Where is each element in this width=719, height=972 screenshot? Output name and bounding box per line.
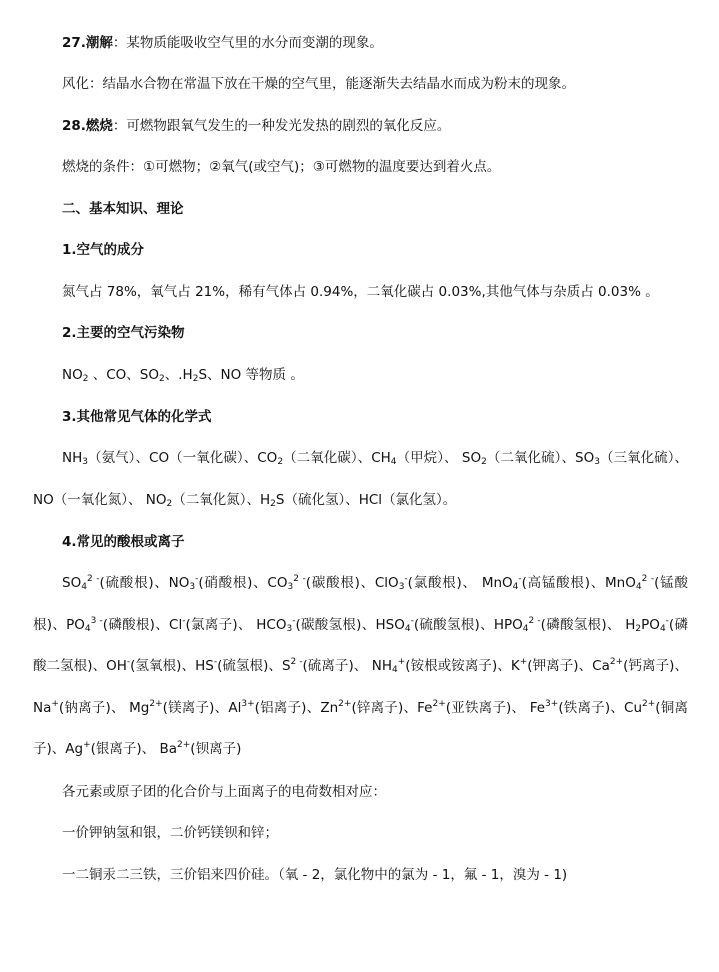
charge-superscript: 2 - — [87, 574, 100, 584]
formula: PO — [641, 617, 660, 633]
charge-superscript: 2+ — [177, 740, 190, 750]
ion-name: (镁离子)、 — [163, 700, 229, 716]
ion-entry: K+(钾离子)、 — [511, 658, 592, 674]
ion-name: (硫酸根)、 — [100, 575, 169, 591]
formula: CO — [267, 575, 287, 591]
formula: Ca — [592, 658, 610, 674]
charge-superscript: 2+ — [433, 699, 446, 709]
formula: MnO — [605, 575, 636, 591]
charge-superscript: 2+ — [149, 699, 162, 709]
formula: ClO — [375, 575, 399, 591]
ion-entry: PO43 -(磷酸根)、 — [66, 617, 169, 633]
formula: SO — [62, 575, 81, 591]
ion-name: (氯离子)、 — [185, 617, 256, 633]
definition-27: 27.潮解：某物质能吸收空气里的水分而变潮的现象。 — [62, 33, 383, 53]
gas-name: （硫化氢）、 — [284, 492, 358, 508]
ion-entry: Na+(钠离子)、 — [33, 700, 129, 716]
gas-entry: SO2（二氧化硫）、 — [462, 450, 575, 466]
ion-name: (碳酸根)、 — [306, 575, 375, 591]
formula: MnO — [482, 575, 513, 591]
ion-name: (高锰酸根)、 — [522, 575, 605, 591]
formula: CO — [257, 450, 277, 466]
ion-name: (磷酸根)、 — [103, 617, 169, 633]
charge-superscript: 2 - — [293, 574, 306, 584]
ion-name: (铵根或铵离子)、 — [405, 658, 511, 674]
ion-entry: HS-(硫氢根)、 — [195, 658, 282, 674]
formula: Al — [228, 700, 241, 716]
ion-name: (氢氧根)、 — [130, 658, 195, 674]
formula: OH — [106, 658, 127, 674]
common-gases-paragraph: NH3（氨气）、CO（一氧化碳）、CO2（二氧化碳）、CH4（甲烷）、 SO2（… — [33, 438, 688, 521]
formula: Mg — [129, 700, 149, 716]
gas-entry: HCl（氯化氢）。 — [359, 492, 457, 508]
section-heading-4: 4.常见的酸根或离子 — [62, 532, 185, 552]
formula: Ba — [159, 741, 177, 757]
ion-entry: HPO42 -(磷酸氢根)、 — [494, 617, 625, 633]
ion-entry: Ag+(银离子)、 — [65, 741, 159, 757]
charge-superscript: + — [83, 740, 91, 750]
ion-name: (铁离子)、 — [558, 700, 624, 716]
charge-superscript: 3+ — [545, 699, 558, 709]
section-heading-2: 2.主要的空气污染物 — [62, 323, 185, 343]
ion-entry: HCO3-(碳酸氢根)、 — [256, 617, 375, 633]
ion-name: (氯酸根)、 — [408, 575, 482, 591]
gas-name: （氯化氢）。 — [382, 492, 456, 508]
gas-entry: CO2（二氧化碳）、 — [257, 450, 371, 466]
gas-name: （氨气）、 — [88, 450, 149, 466]
formula: HCO — [256, 617, 286, 633]
air-composition-text: 氮气占 78%，氧气占 21%，稀有气体占 0.94%，二氧化碳占 0.03%,… — [62, 282, 659, 302]
gas-entry: SO3（三氧化硫）、 — [575, 450, 688, 466]
ion-entry: Ba2+(钡离子) — [159, 741, 241, 757]
charge-superscript: 3 - — [91, 616, 103, 626]
charge-superscript: 2 - — [291, 657, 303, 667]
ion-name: (银离子)、 — [91, 741, 160, 757]
ion-name: (钾离子)、 — [527, 658, 592, 674]
formula: Fe — [530, 700, 545, 716]
formula: NH — [62, 450, 82, 466]
ion-name: (亚铁离子)、 — [446, 700, 530, 716]
charge-superscript: 2+ — [642, 699, 655, 709]
ion-entry: MnO4-(高锰酸根)、 — [482, 575, 605, 591]
ion-name: (硫氢根)、 — [217, 658, 282, 674]
term-deliquescence: 27.潮解 — [62, 35, 113, 51]
ion-entry: CO32 -(碳酸根)、 — [267, 575, 374, 591]
valence-intro: 各元素或原子团的化合价与上面离子的电荷数相对应： — [62, 782, 386, 802]
ion-entry: S2 -(硫离子)、 — [282, 658, 372, 674]
valence-rhyme-1: 一价钾钠氢和银，二价钙镁钡和锌； — [62, 823, 278, 843]
formula: NO — [169, 575, 190, 591]
ion-entry: SO42 -(硫酸根)、 — [62, 575, 169, 591]
formula: HSO — [376, 617, 405, 633]
ion-name: (硝酸根)、 — [198, 575, 267, 591]
ion-entry: Zn2+(锌离子)、 — [320, 700, 417, 716]
gas-name: （二氧化氮）、 — [172, 492, 260, 508]
ion-entry: Ca2+(钙离子)、 — [592, 658, 688, 674]
ion-entry: HSO4-(硫酸氢根)、 — [376, 617, 494, 633]
ion-entry: Fe2+(亚铁离子)、 — [417, 700, 530, 716]
gas-name: （三氧化硫）、 — [600, 450, 688, 466]
gas-entry: NO2（二氧化氮）、 — [146, 492, 260, 508]
formula: Ag — [65, 741, 83, 757]
formula: HPO — [494, 617, 523, 633]
ion-name: (硫酸氢根)、 — [414, 617, 494, 633]
ion-entry: Fe3+(铁离子)、 — [530, 700, 624, 716]
charge-superscript: + — [51, 699, 59, 709]
common-ions-paragraph: SO42 -(硫酸根)、NO3-(硝酸根)、CO32 -(碳酸根)、ClO3-(… — [33, 563, 688, 771]
formula: Na — [33, 700, 51, 716]
gas-entry: CO（一氧化碳）、 — [149, 450, 257, 466]
formula: Fe — [417, 700, 432, 716]
ion-name: (钙离子)、 — [623, 658, 688, 674]
formula: PO — [66, 617, 85, 633]
gas-name: （一氧化氮）、 — [54, 492, 146, 508]
formula: HS — [195, 658, 214, 674]
definition-weathering: 风化：结晶水合物在常温下放在干燥的空气里，能逐渐失去结晶水而成为粉末的现象。 — [62, 74, 575, 94]
charge-superscript: 2 - — [642, 574, 655, 584]
ion-name: (锌离子)、 — [351, 700, 417, 716]
formula: CO — [149, 450, 169, 466]
formula: Cu — [624, 700, 642, 716]
ion-entry: NO3-(硝酸根)、 — [169, 575, 268, 591]
formula-part: S、NO 等物质 。 — [198, 367, 303, 383]
formula: CH — [371, 450, 391, 466]
formula: Cl — [169, 617, 182, 633]
formula: SO — [575, 450, 594, 466]
section-heading-1: 1.空气的成分 — [62, 240, 144, 260]
ion-name: (钡离子) — [190, 741, 241, 757]
gas-name: （二氧化碳）、 — [283, 450, 371, 466]
charge-superscript: 3+ — [241, 699, 254, 709]
gas-entry: H2S（硫化氢）、 — [260, 492, 359, 508]
definition-text: ：某物质能吸收空气里的水分而变潮的现象。 — [113, 35, 383, 51]
ion-name: (磷酸氢根)、 — [541, 617, 626, 633]
gas-name: （甲烷）、 — [397, 450, 462, 466]
formula-part: NO — [62, 367, 83, 383]
ion-name: (碳酸氢根)、 — [295, 617, 375, 633]
valence-rhyme-2: 一二铜汞二三铁，三价铝来四价硅。（氧 - 2，氯化物中的氯为 - 1，氟 - 1… — [62, 865, 567, 885]
document-page: 27.潮解：某物质能吸收空气里的水分而变潮的现象。 风化：结晶水合物在常温下放在… — [0, 0, 719, 972]
formula: K — [511, 658, 520, 674]
charge-superscript: 2+ — [338, 699, 351, 709]
ion-name: (铝离子)、 — [255, 700, 321, 716]
ion-entry: Mg2+(镁离子)、 — [129, 700, 228, 716]
charge-superscript: 2+ — [610, 657, 623, 667]
ion-name: (硫离子)、 — [302, 658, 371, 674]
term-combustion: 28.燃烧 — [62, 118, 113, 134]
formula: NO — [33, 492, 54, 508]
formula: H — [625, 617, 635, 633]
formula: NH — [372, 658, 392, 674]
air-pollutants-text: NO2 、CO、SO2、.H2S、NO 等物质 。 — [62, 365, 304, 385]
combustion-conditions: 燃烧的条件：①可燃物；②氧气(或空气)；③可燃物的温度要达到着火点。 — [62, 157, 500, 177]
chapter-heading: 二、基本知识、理论 — [62, 199, 184, 219]
formula: S — [282, 658, 291, 674]
gas-entry: CH4（甲烷）、 — [371, 450, 462, 466]
ion-name: (钠离子)、 — [59, 700, 129, 716]
formula-part: 、CO、SO — [88, 367, 159, 383]
formula-part: 、.H — [165, 367, 193, 383]
formula: H — [260, 492, 270, 508]
gas-name: （一氧化碳）、 — [169, 450, 257, 466]
ion-entry: OH-(氢氧根)、 — [106, 658, 195, 674]
formula: HCl — [359, 492, 382, 508]
ion-entry: Cl-(氯离子)、 — [169, 617, 256, 633]
gas-entry: NO（一氧化氮）、 — [33, 492, 146, 508]
formula: Zn — [320, 700, 338, 716]
formula: NO — [146, 492, 167, 508]
charge-superscript: 2 - — [529, 616, 541, 626]
formula: SO — [462, 450, 481, 466]
ion-entry: NH4+(铵根或铵离子)、 — [372, 658, 511, 674]
ion-entry: ClO3-(氯酸根)、 — [375, 575, 482, 591]
definition-text: ：可燃物跟氧气发生的一种发光发热的剧烈的氧化反应。 — [113, 118, 451, 134]
ion-entry: Al3+(铝离子)、 — [228, 700, 320, 716]
section-heading-3: 3.其他常见气体的化学式 — [62, 407, 212, 427]
gas-entry: NH3（氨气）、 — [62, 450, 149, 466]
gas-name: （二氧化硫）、 — [487, 450, 575, 466]
definition-28: 28.燃烧：可燃物跟氧气发生的一种发光发热的剧烈的氧化反应。 — [62, 116, 450, 136]
